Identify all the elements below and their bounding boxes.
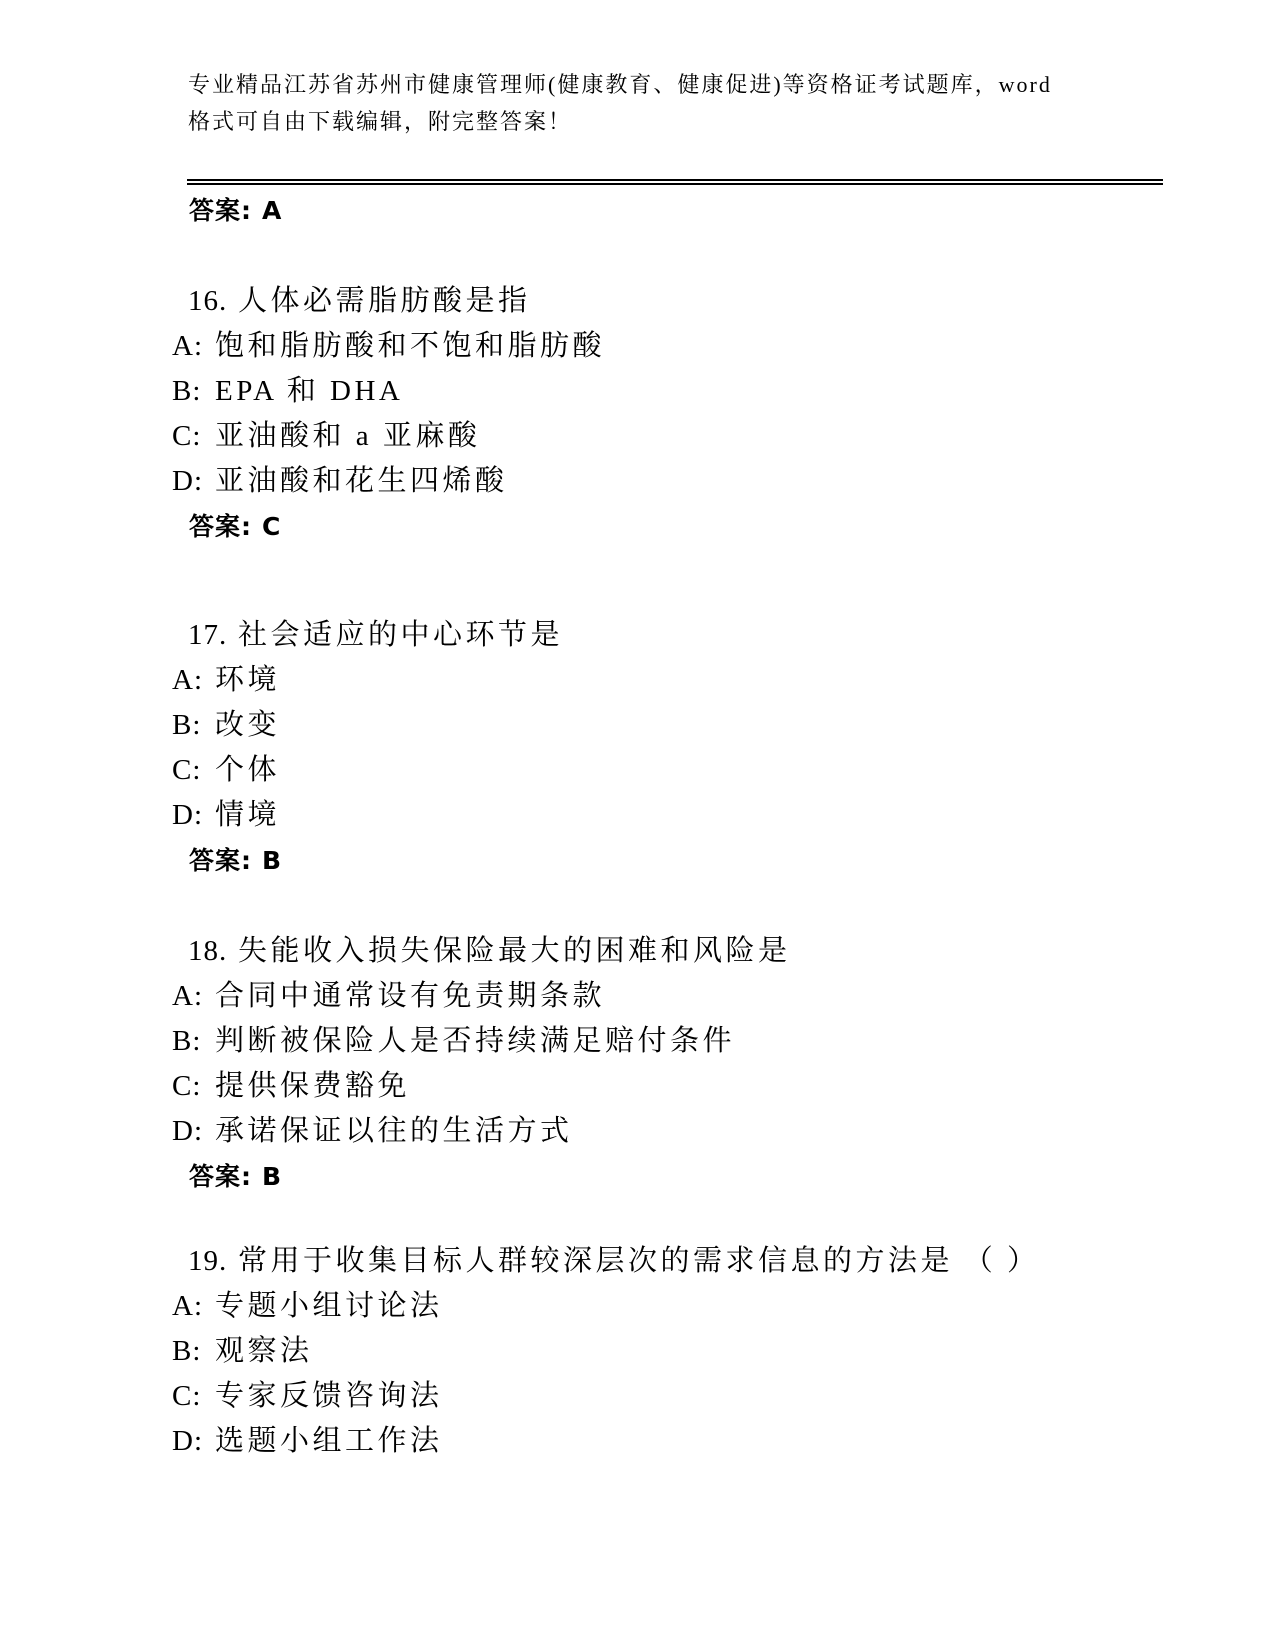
question-text: 失能收入损失保险最大的困难和风险是 [238, 935, 791, 967]
option-text: 专题小组讨论法 [215, 1290, 443, 1322]
option-line: D:选题小组工作法 [172, 1419, 1175, 1464]
option-line: A:合同中通常设有免责期条款 [172, 974, 1175, 1019]
option-line: C:专家反馈咨询法 [172, 1374, 1175, 1419]
option-line: D:情境 [172, 793, 1175, 838]
option-text: EPA 和 DHA [215, 375, 403, 407]
question-line: 17.社会适应的中心环节是 [172, 613, 1175, 658]
option-text: 亚油酸和花生四烯酸 [215, 465, 508, 497]
option-line: D:承诺保证以往的生活方式 [172, 1109, 1175, 1154]
option-text: 合同中通常设有免责期条款 [215, 980, 605, 1012]
option-label: B: [172, 703, 215, 748]
option-text: 情境 [215, 799, 280, 831]
option-label: C: [172, 1064, 215, 1109]
option-line: C:个体 [172, 748, 1175, 793]
option-text: 改变 [215, 709, 280, 741]
option-text: 承诺保证以往的生活方式 [215, 1115, 573, 1147]
option-line: B:观察法 [172, 1329, 1175, 1374]
option-line: D:亚油酸和花生四烯酸 [172, 459, 1175, 504]
question-number: 16. [188, 279, 238, 324]
page-header: 专业精品江苏省苏州市健康管理师(健康教育、健康促进)等资格证考试题库，word … [188, 66, 1178, 140]
option-label: A: [172, 1284, 215, 1329]
answer-label: 答案: [189, 1162, 252, 1191]
option-label: D: [172, 1419, 215, 1464]
answer-line: 答案:C [172, 504, 1175, 549]
option-line: B:EPA 和 DHA [172, 369, 1175, 414]
question-text: 人体必需脂肪酸是指 [238, 285, 531, 317]
question-block-19: 19.常用于收集目标人群较深层次的需求信息的方法是 （ ） A:专题小组讨论法 … [172, 1239, 1175, 1464]
option-text: 判断被保险人是否持续满足赔付条件 [215, 1025, 735, 1057]
option-label: A: [172, 658, 215, 703]
answer-line: 答案:B [172, 838, 1175, 883]
option-label: B: [172, 369, 215, 414]
option-text: 观察法 [215, 1335, 313, 1367]
option-text: 专家反馈咨询法 [215, 1380, 443, 1412]
question-text: 常用于收集目标人群较深层次的需求信息的方法是 （ ） [238, 1245, 1040, 1277]
answer-value: B [262, 1162, 282, 1191]
answer-label: 答案: [189, 196, 252, 225]
question-line: 18.失能收入损失保险最大的困难和风险是 [172, 929, 1175, 974]
option-label: A: [172, 974, 215, 1019]
option-text: 选题小组工作法 [215, 1425, 443, 1457]
option-line: C:亚油酸和 a 亚麻酸 [172, 414, 1175, 459]
answer-value: B [262, 846, 282, 875]
option-text: 饱和脂肪酸和不饱和脂肪酸 [215, 330, 605, 362]
header-text-line-2: 格式可自由下载编辑，附完整答案！ [188, 103, 1178, 140]
question-number: 19. [188, 1239, 238, 1284]
option-line: B:判断被保险人是否持续满足赔付条件 [172, 1019, 1175, 1064]
question-block-16: 16.人体必需脂肪酸是指 A:饱和脂肪酸和不饱和脂肪酸 B:EPA 和 DHA … [172, 279, 1175, 549]
option-line: C:提供保费豁免 [172, 1064, 1175, 1109]
option-label: C: [172, 1374, 215, 1419]
option-label: A: [172, 324, 215, 369]
option-text: 亚油酸和 a 亚麻酸 [215, 420, 480, 452]
answer-label: 答案: [189, 846, 252, 875]
option-label: C: [172, 748, 215, 793]
answer-value: C [262, 512, 281, 541]
option-label: D: [172, 1109, 215, 1154]
question-number: 17. [188, 613, 238, 658]
question-block-18: 18.失能收入损失保险最大的困难和风险是 A:合同中通常设有免责期条款 B:判断… [172, 929, 1175, 1199]
option-text: 提供保费豁免 [215, 1070, 410, 1102]
question-text: 社会适应的中心环节是 [238, 619, 563, 651]
question-number: 18. [188, 929, 238, 974]
option-text: 环境 [215, 664, 280, 696]
answer-line-previous-question: 答案:A [172, 188, 282, 233]
option-line: B:改变 [172, 703, 1175, 748]
option-label: D: [172, 793, 215, 838]
answer-line: 答案:B [172, 1154, 1175, 1199]
question-block-17: 17.社会适应的中心环节是 A:环境 B:改变 C:个体 D:情境 答案:B [172, 613, 1175, 883]
option-line: A:饱和脂肪酸和不饱和脂肪酸 [172, 324, 1175, 369]
option-label: C: [172, 414, 215, 459]
question-line: 19.常用于收集目标人群较深层次的需求信息的方法是 （ ） [172, 1239, 1175, 1284]
option-label: D: [172, 459, 215, 504]
answer-value: A [262, 196, 282, 225]
option-line: A:环境 [172, 658, 1175, 703]
option-text: 个体 [215, 754, 280, 786]
header-separator-double-line [187, 179, 1163, 185]
header-text-line-1: 专业精品江苏省苏州市健康管理师(健康教育、健康促进)等资格证考试题库，word [188, 66, 1178, 103]
option-label: B: [172, 1329, 215, 1374]
option-line: A:专题小组讨论法 [172, 1284, 1175, 1329]
document-page: 专业精品江苏省苏州市健康管理师(健康教育、健康促进)等资格证考试题库，word … [0, 0, 1275, 1650]
option-label: B: [172, 1019, 215, 1064]
question-line: 16.人体必需脂肪酸是指 [172, 279, 1175, 324]
answer-label: 答案: [189, 512, 252, 541]
